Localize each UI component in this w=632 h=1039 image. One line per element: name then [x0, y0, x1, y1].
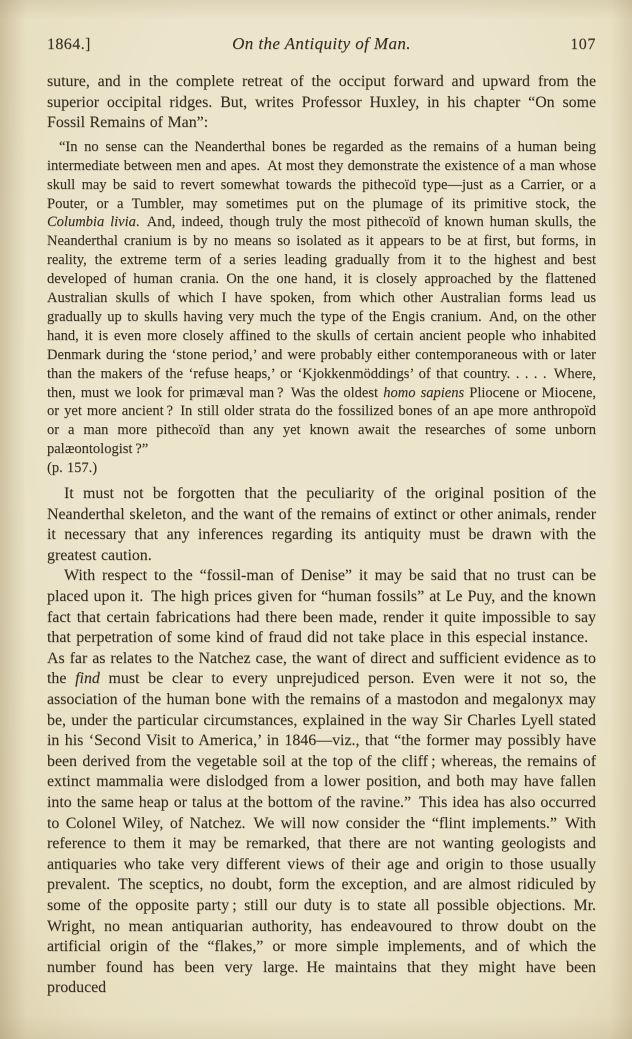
huxley-quote: “In no sense can the Neanderthal bones b… — [47, 138, 596, 459]
page-number: 107 — [570, 36, 596, 54]
text-run: . And, indeed, though truly the most pit… — [47, 214, 596, 400]
running-title: On the Antiquity of Man. — [232, 34, 411, 54]
text-run: homo sapiens — [383, 385, 464, 401]
page-header: 1864.] On the Antiquity of Man. 107 — [47, 34, 596, 54]
text-run: Columbia livia — [47, 214, 136, 230]
text-run: (p. 157.) — [47, 460, 97, 476]
text-run: find — [75, 670, 100, 687]
quote-page-citation: (p. 157.) — [47, 459, 596, 478]
paragraph-caution: It must not be forgotten that the peculi… — [47, 484, 596, 566]
text-run: It must not be forgotten that the peculi… — [47, 485, 596, 564]
text-run: must be clear to every unprejudiced pers… — [47, 670, 596, 996]
paragraph-continuation: suture, and in the complete retreat of t… — [47, 72, 596, 134]
paragraph-denise-natchez-flints: With respect to the “fossil-man of Denis… — [47, 566, 596, 998]
text-run: “In no sense can the Neanderthal bones b… — [47, 139, 596, 212]
text-run: suture, and in the complete retreat of t… — [47, 73, 596, 131]
book-page: 1864.] On the Antiquity of Man. 107 sutu… — [0, 0, 632, 1039]
header-year: 1864.] — [47, 36, 91, 54]
